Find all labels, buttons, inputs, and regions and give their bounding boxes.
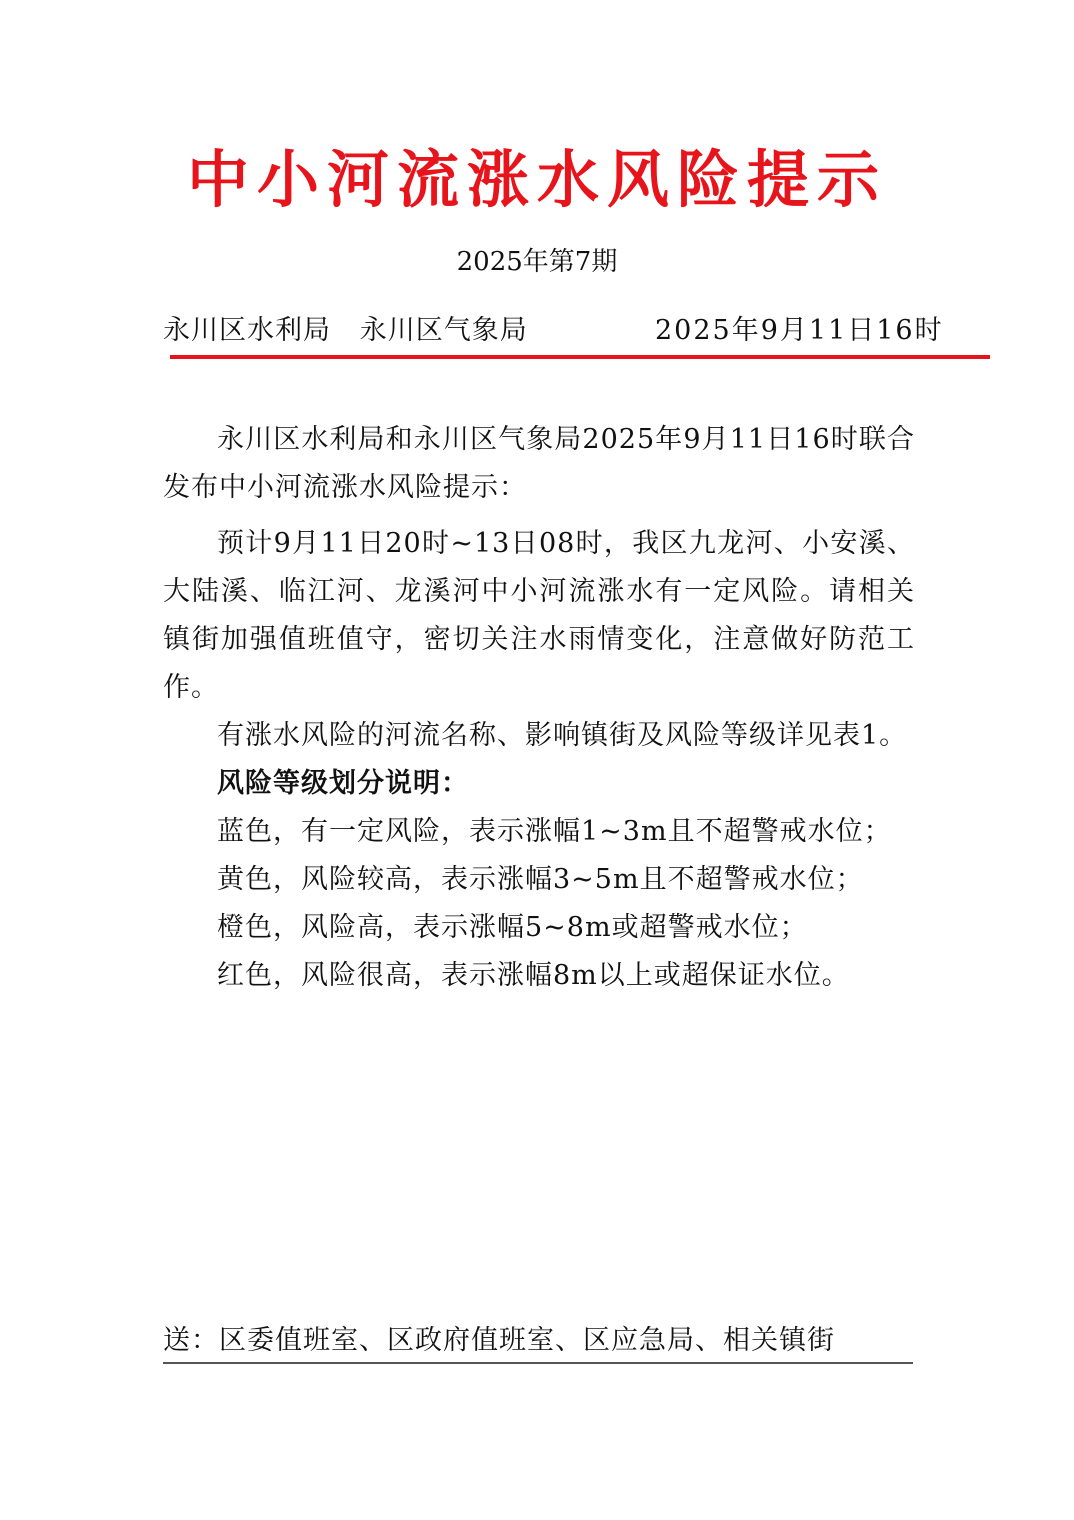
risk-level-yellow: 黄色，风险较高，表示涨幅3~5m且不超警戒水位；: [163, 856, 915, 904]
forecast-paragraph: 预计9月11日20时~13日08时，我区九龙河、小安溪、大陆溪、临江河、龙溪河中…: [163, 520, 915, 712]
intro-paragraph: 永川区水利局和永川区气象局2025年9月11日16时联合发布中小河流涨水风险提示…: [163, 416, 915, 512]
risk-level-orange: 橙色，风险高，表示涨幅5~8m或超警戒水位；: [163, 904, 915, 952]
risk-level-blue: 蓝色，有一定风险，表示涨幅1~3m且不超警戒水位；: [163, 808, 915, 856]
table-reference-paragraph: 有涨水风险的河流名称、影响镇街及风险等级详见表1。: [163, 712, 915, 760]
footer-divider: [163, 1362, 913, 1364]
risk-heading: 风险等级划分说明：: [163, 760, 915, 808]
document-title: 中小河流涨水风险提示: [0, 140, 1074, 220]
risk-level-red: 红色，风险很高，表示涨幅8m以上或超保证水位。: [163, 952, 915, 1000]
document-body: 永川区水利局和永川区气象局2025年9月11日16时联合发布中小河流涨水风险提示…: [163, 416, 915, 1000]
distribution-list: 送：区委值班室、区政府值班室、区应急局、相关镇街: [163, 1322, 913, 1360]
issuing-agencies: 永川区水利局 永川区气象局: [163, 312, 528, 350]
issue-time: 2025年9月11日16时: [655, 312, 944, 350]
red-divider: [170, 355, 990, 359]
issuer-header: 永川区水利局 永川区气象局 2025年9月11日16时: [163, 312, 953, 352]
issue-number: 2025年第7期: [0, 244, 1074, 280]
